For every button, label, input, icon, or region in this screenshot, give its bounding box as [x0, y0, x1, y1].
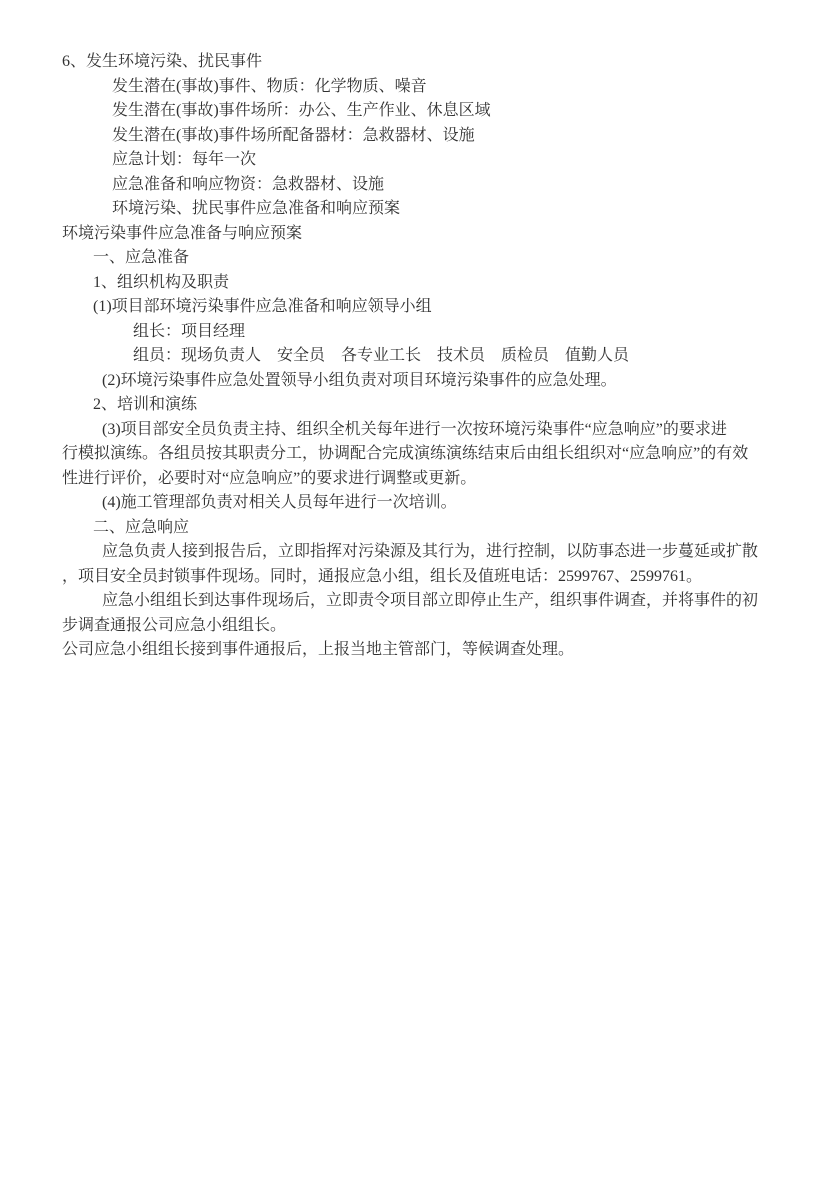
- detail-response-supplies: 应急准备和响应物资：急救器材、设施: [112, 173, 792, 198]
- response-para-2-l2: 步调查通报公司应急小组组长。: [62, 614, 792, 639]
- document-page: 6、发生环境污染、扰民事件 发生潜在(事故)事件、物质：化学物质、噪音 发生潜在…: [0, 0, 838, 1186]
- section-title-pollution-plan: 环境污染事件应急准备与响应预案: [62, 222, 792, 247]
- response-para-2-l1: 应急小组组长到达事件现场后，立即责令项目部立即停止生产，组织事件调查，并将事件的…: [102, 589, 792, 614]
- item-2-handling-duty: (2)环境污染事件应急处置领导小组负责对项目环境污染事件的应急处理。: [102, 369, 792, 394]
- detail-potential-event: 发生潜在(事故)事件、物质：化学物质、噪音: [112, 75, 792, 100]
- item-4-annual-training: (4)施工管理部负责对相关人员每年进行一次培训。: [102, 491, 792, 516]
- section-1-emergency-prep: 一、应急准备: [93, 246, 792, 271]
- role-group-members: 组员：现场负责人 安全员 各专业工长 技术员 质检员 值勤人员: [133, 344, 792, 369]
- response-para-3: 公司应急小组组长接到事件通报后，上报当地主管部门，等候调查处理。: [62, 638, 792, 663]
- item-1-leading-group: (1)项目部环境污染事件应急准备和响应领导小组: [93, 295, 792, 320]
- detail-location-equipment: 发生潜在(事故)事件场所配备器材：急救器材、设施: [112, 124, 792, 149]
- detail-event-locations: 发生潜在(事故)事件场所：办公、生产作业、休息区域: [112, 99, 792, 124]
- subsection-1-org-duties: 1、组织机构及职责: [93, 271, 792, 296]
- item-3-drill-text-l1: (3)项目部安全员负责主持、组织全机关每年进行一次按环境污染事件“应急响应”的要…: [102, 418, 792, 443]
- response-para-1-l2: ，项目安全员封锁事件现场。同时，通报应急小组，组长及值班电话：2599767、2…: [62, 565, 792, 590]
- subsection-2-training-drill: 2、培训和演练: [93, 393, 792, 418]
- item-3-drill-text-l3: 性进行评价，必要时对“应急响应”的要求进行调整或更新。: [62, 467, 792, 492]
- section-2-emergency-response: 二、应急响应: [93, 516, 792, 541]
- role-group-leader: 组长：项目经理: [133, 320, 792, 345]
- document-body: 6、发生环境污染、扰民事件 发生潜在(事故)事件、物质：化学物质、噪音 发生潜在…: [62, 50, 792, 663]
- detail-response-plan-ref: 环境污染、扰民事件应急准备和响应预案: [112, 197, 792, 222]
- item-3-drill-text-l2: 行模拟演练。各组员按其职责分工，协调配合完成演练演练结束后由组长组织对“应急响应…: [62, 442, 792, 467]
- heading-item-6: 6、发生环境污染、扰民事件: [62, 50, 792, 75]
- detail-emergency-plan: 应急计划：每年一次: [112, 148, 792, 173]
- response-para-1-l1: 应急负责人接到报告后，立即指挥对污染源及其行为，进行控制，以防事态进一步蔓延或扩…: [102, 540, 792, 565]
